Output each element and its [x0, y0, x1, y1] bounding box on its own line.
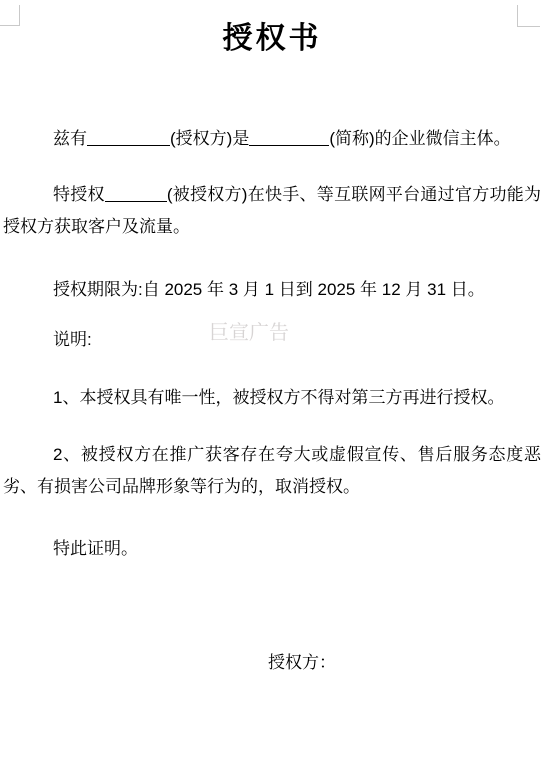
blank-authorized-party[interactable]: [105, 185, 167, 202]
blank-authorizer-name[interactable]: [87, 129, 170, 146]
subject-post-text: (简称)的企业微信主体。: [329, 129, 510, 148]
note-label: 说明:: [3, 324, 541, 356]
paragraph-grant: 特授权(被授权方)在快手、等互联网平台通过官方功能为授权方获取客户及流量。: [3, 179, 541, 243]
closing-statement: 特此证明。: [3, 533, 541, 565]
term-item-1: 1、本授权具有唯一性，被授权方不得对第三方再进行授权。: [3, 382, 541, 414]
subject-pre-text: 兹有: [53, 129, 87, 148]
document-title: 授权书: [3, 21, 541, 57]
document-page: 授权书 巨宣广告 兹有(授权方)是(简称)的企业微信主体。 特授权(被授权方)在…: [0, 0, 549, 765]
signature-label: 授权方：: [268, 647, 336, 679]
subject-mid-text: (授权方)是: [170, 129, 249, 148]
term-item-2: 2、被授权方在推广获客存在夸大或虚假宣传、售后服务态度恶劣、有损害公司品牌形象等…: [3, 439, 541, 503]
paragraph-term: 授权期限为:自 2025 年 3 月 1 日到 2025 年 12 月 31 日…: [3, 274, 541, 306]
blank-short-name[interactable]: [249, 129, 329, 146]
paragraph-subject: 兹有(授权方)是(简称)的企业微信主体。: [3, 123, 541, 155]
grant-pre-text: 特授权: [53, 185, 105, 204]
